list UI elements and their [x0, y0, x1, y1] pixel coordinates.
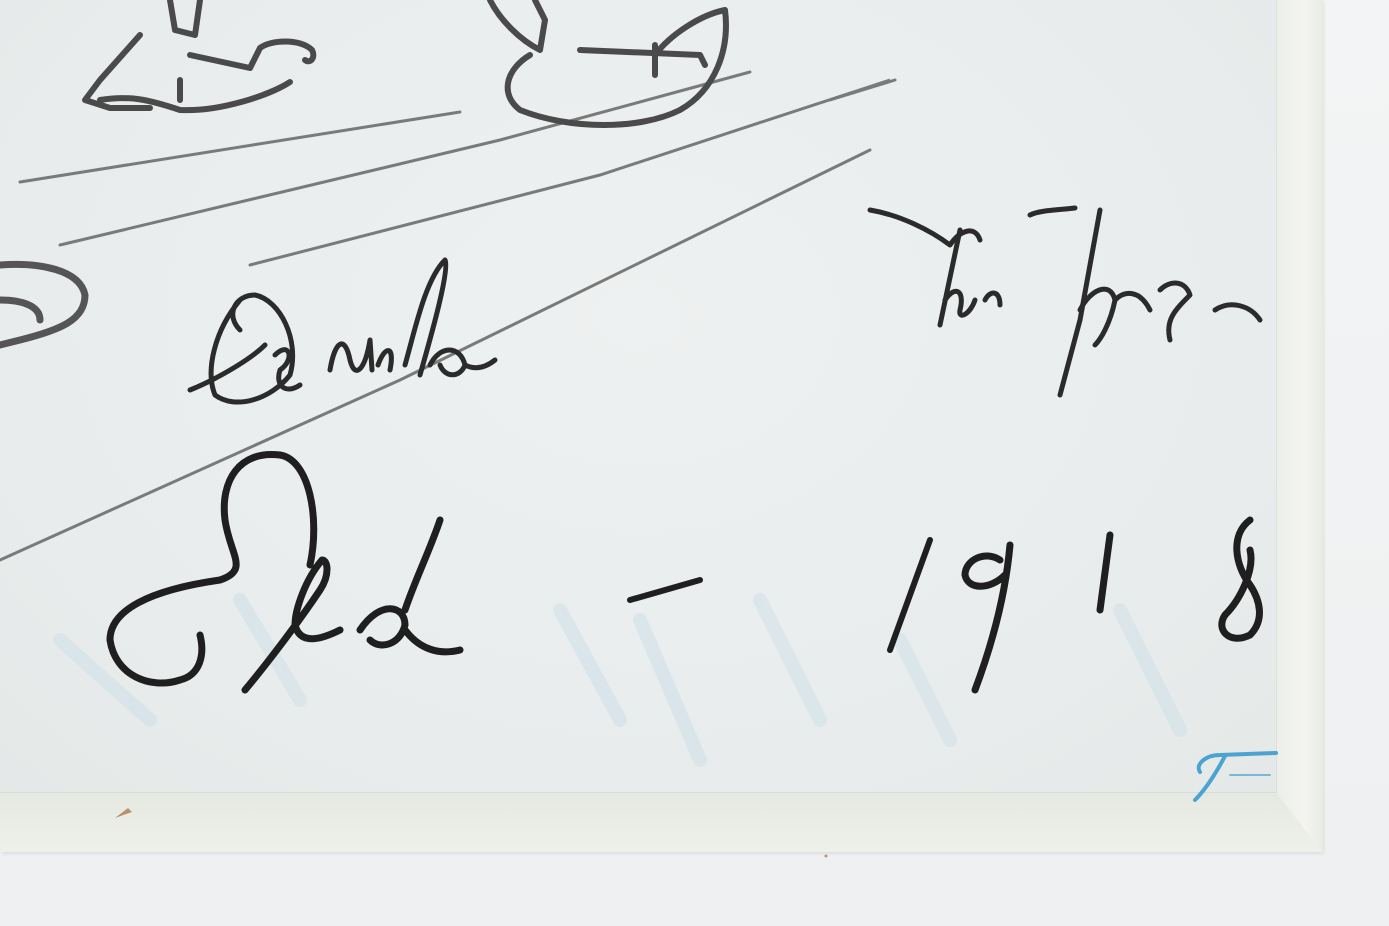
- paper-specks: [115, 808, 828, 858]
- framed-artwork-photo: De unla bitys… Eld – 1918 T: [0, 0, 1389, 926]
- left-foot-sketch: [85, 0, 313, 110]
- bleed-through-marks: [60, 600, 1180, 760]
- right-foot-sketch: [490, 0, 726, 125]
- inscription-line-1: [190, 208, 1260, 402]
- ski-lines: [0, 72, 895, 560]
- blue-stamp-mark: [1195, 753, 1276, 800]
- partial-foot-left-edge: [0, 264, 85, 345]
- ink-drawing: [0, 0, 1389, 926]
- signature-eld-1918: [110, 454, 1259, 690]
